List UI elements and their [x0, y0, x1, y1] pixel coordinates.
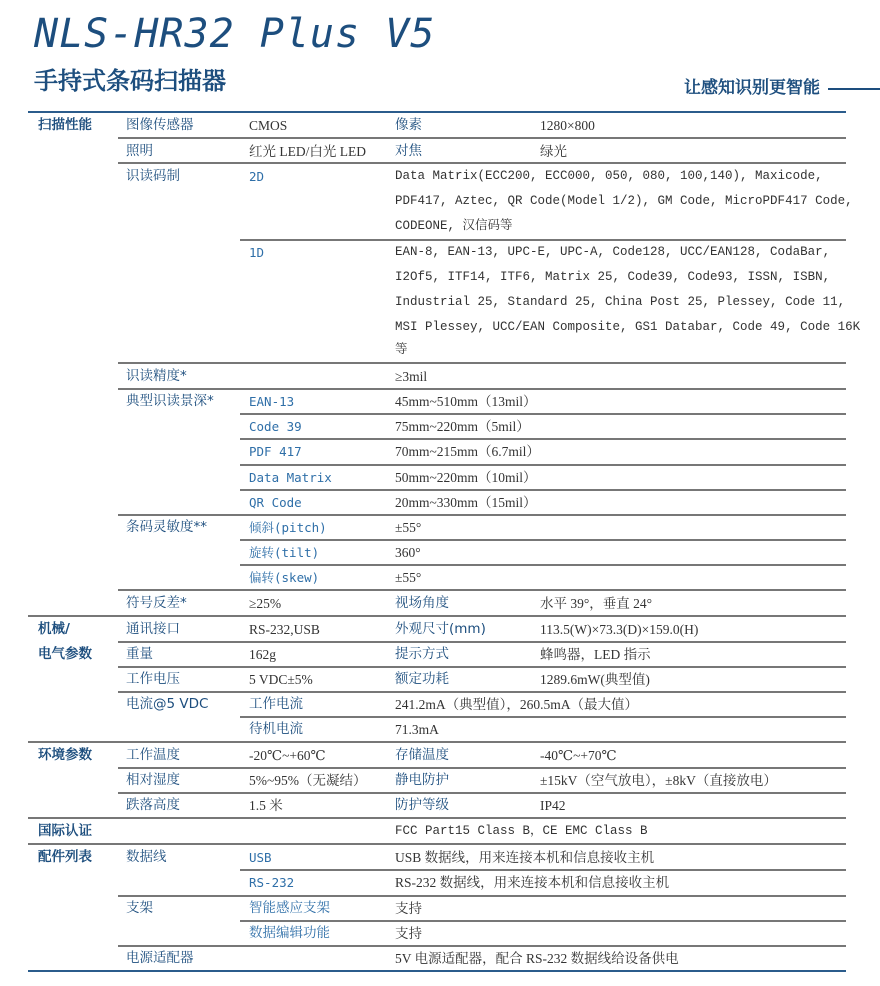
- symbology-2d-line: CODEONE, 汉信码等: [395, 214, 513, 239]
- fov-value: 水平 39°，垂直 24°: [540, 591, 652, 616]
- row-divider: [118, 137, 846, 139]
- sensitivity-value: 360°: [395, 540, 421, 565]
- symbology-1d-line: MSI Plessey, UCC/EAN Composite, GS1 Data…: [395, 315, 860, 340]
- power-value: 1289.6mW(典型值): [540, 667, 650, 692]
- dof-code: PDF 417: [249, 439, 302, 464]
- pixels-label: 像素: [395, 113, 422, 138]
- smart-stand-name: 智能感应支架: [249, 896, 330, 921]
- slogan: 让感知识别更智能: [684, 74, 820, 102]
- weight-label: 重量: [126, 642, 153, 667]
- illumination-value: 红光 LED/白光 LED: [249, 139, 366, 164]
- section-scan-label: 扫描性能: [38, 113, 92, 138]
- drop-value: 1.5 米: [249, 793, 283, 818]
- drop-label: 跌落高度: [126, 793, 180, 818]
- dof-value: 45mm~510mm（13mil）: [395, 389, 537, 414]
- symbology-2d-line: Data Matrix(ECC200, ECC000, 050, 080, 10…: [395, 164, 823, 189]
- section-env-label: 环境参数: [38, 743, 92, 768]
- illumination-label: 照明: [126, 139, 153, 164]
- sensitivity-label: 条码灵敏度**: [126, 515, 207, 540]
- resolution-label: 识读精度*: [126, 364, 187, 389]
- row-divider: [118, 589, 846, 591]
- humidity-value: 5%~95%（无凝结）: [249, 768, 367, 793]
- symbology-1d-line: 等: [395, 338, 408, 363]
- symbology-1d-line: Industrial 25, Standard 25, China Post 2…: [395, 290, 845, 315]
- weight-value: 162g: [249, 642, 276, 667]
- symbology-2d-line: PDF417, Aztec, QR Code(Model 1/2), GM Co…: [395, 189, 853, 214]
- contrast-value: ≥25%: [249, 591, 281, 616]
- resolution-value: ≥3mil: [395, 364, 427, 389]
- row-divider: [240, 716, 846, 718]
- interface-value: RS-232,USB: [249, 617, 320, 642]
- cable-usb-value: USB 数据线，用来连接本机和信息接收主机: [395, 845, 654, 870]
- adapter-label: 电源适配器: [126, 946, 194, 971]
- image-sensor-value: CMOS: [249, 113, 287, 138]
- row-divider: [240, 564, 846, 566]
- current-label: 电流@5 VDC: [126, 692, 208, 717]
- dof-code: Code 39: [249, 414, 302, 439]
- symbology-1d-line: EAN-8, EAN-13, UPC-E, UPC-A, Code128, UC…: [395, 240, 830, 265]
- storage-temp-label: 存储温度: [395, 743, 449, 768]
- esd-label: 静电防护: [395, 768, 449, 793]
- section-accessories-label: 配件列表: [38, 845, 92, 870]
- sensitivity-value: ±55°: [395, 565, 421, 590]
- ip-label: 防护等级: [395, 793, 449, 818]
- contrast-label: 符号反差*: [126, 591, 187, 616]
- row-divider: [240, 489, 846, 491]
- row-divider: [118, 792, 846, 794]
- section-mech-label-2: 电气参数: [38, 642, 92, 667]
- dof-value: 70mm~215mm（6.7mil）: [395, 439, 540, 464]
- dof-value: 50mm~220mm（10mil）: [395, 465, 537, 490]
- sensitivity-name: 旋转(tilt): [249, 540, 319, 565]
- table-bottom-rule: [28, 970, 846, 972]
- row-divider: [118, 362, 846, 364]
- row-divider: [118, 514, 846, 516]
- op-temp-label: 工作温度: [126, 743, 180, 768]
- fov-label: 视场角度: [395, 591, 449, 616]
- sensitivity-name: 倾斜(pitch): [249, 515, 327, 540]
- standby-current-value: 71.3mA: [395, 717, 439, 742]
- storage-temp-value: -40℃~+70℃: [540, 743, 617, 768]
- focus-value: 绿光: [540, 139, 567, 164]
- symbology-2d-label: 2D: [249, 164, 264, 189]
- data-edit-value: 支持: [395, 921, 422, 946]
- ip-value: IP42: [540, 793, 566, 818]
- dimensions-label: 外观尺寸(mm): [395, 617, 486, 642]
- data-edit-name: 数据编辑功能: [249, 921, 330, 946]
- focus-label: 对焦: [395, 139, 422, 164]
- voltage-label: 工作电压: [126, 667, 180, 692]
- pixels-value: 1280×800: [540, 113, 595, 138]
- symbology-1d-line: I2Of5, ITF14, ITF6, Matrix 25, Code39, C…: [395, 265, 830, 290]
- row-divider: [118, 666, 846, 668]
- op-temp-value: -20℃~+60℃: [249, 743, 326, 768]
- row-divider: [240, 438, 846, 440]
- sensitivity-name: 偏转(skew): [249, 565, 319, 590]
- slogan-rule: [828, 88, 880, 90]
- voltage-value: 5 VDC±5%: [249, 667, 313, 692]
- cable-rs232-value: RS-232 数据线，用来连接本机和信息接收主机: [395, 870, 669, 895]
- row-divider: [118, 641, 846, 643]
- row-divider: [240, 539, 846, 541]
- standby-current-label: 待机电流: [249, 717, 303, 742]
- symbologies-label: 识读码制: [126, 164, 180, 189]
- esd-value: ±15kV（空气放电），±8kV（直接放电）: [540, 768, 777, 793]
- dof-value: 75mm~220mm（5mil）: [395, 414, 530, 439]
- indicator-value: 蜂鸣器，LED 指示: [540, 642, 651, 667]
- row-divider: [240, 920, 846, 922]
- cable-usb-name: USB: [249, 845, 272, 870]
- humidity-label: 相对湿度: [126, 768, 180, 793]
- cable-rs232-name: RS-232: [249, 870, 294, 895]
- section-cert-label: 国际认证: [38, 819, 92, 844]
- section-mech-label-1: 机械/: [38, 617, 70, 642]
- row-divider: [240, 413, 846, 415]
- dof-code: QR Code: [249, 490, 302, 515]
- operating-current-value: 241.2mA（典型值），260.5mA（最大值）: [395, 692, 638, 717]
- image-sensor-label: 图像传感器: [126, 113, 194, 138]
- dof-code: EAN-13: [249, 389, 294, 414]
- symbology-1d-label: 1D: [249, 240, 264, 265]
- product-title: NLS-HR32 Plus V5: [34, 8, 435, 60]
- dimensions-value: 113.5(W)×73.3(D)×159.0(H): [540, 617, 698, 642]
- indicator-label: 提示方式: [395, 642, 449, 667]
- interface-label: 通讯接口: [126, 617, 180, 642]
- product-subtitle: 手持式条码扫描器: [34, 64, 226, 98]
- dof-label: 典型识读景深*: [126, 389, 214, 414]
- cert-value: FCC Part15 Class B，CE EMC Class B: [395, 819, 648, 844]
- operating-current-label: 工作电流: [249, 692, 303, 717]
- adapter-value: 5V 电源适配器，配合 RS-232 数据线给设备供电: [395, 946, 679, 971]
- smart-stand-value: 支持: [395, 896, 422, 921]
- dof-value: 20mm~330mm（15mil）: [395, 490, 537, 515]
- sensitivity-value: ±55°: [395, 515, 421, 540]
- row-divider: [118, 895, 846, 897]
- dof-code: Data Matrix: [249, 465, 332, 490]
- stand-label: 支架: [126, 896, 153, 921]
- cable-label: 数据线: [126, 845, 167, 870]
- power-label: 额定功耗: [395, 667, 449, 692]
